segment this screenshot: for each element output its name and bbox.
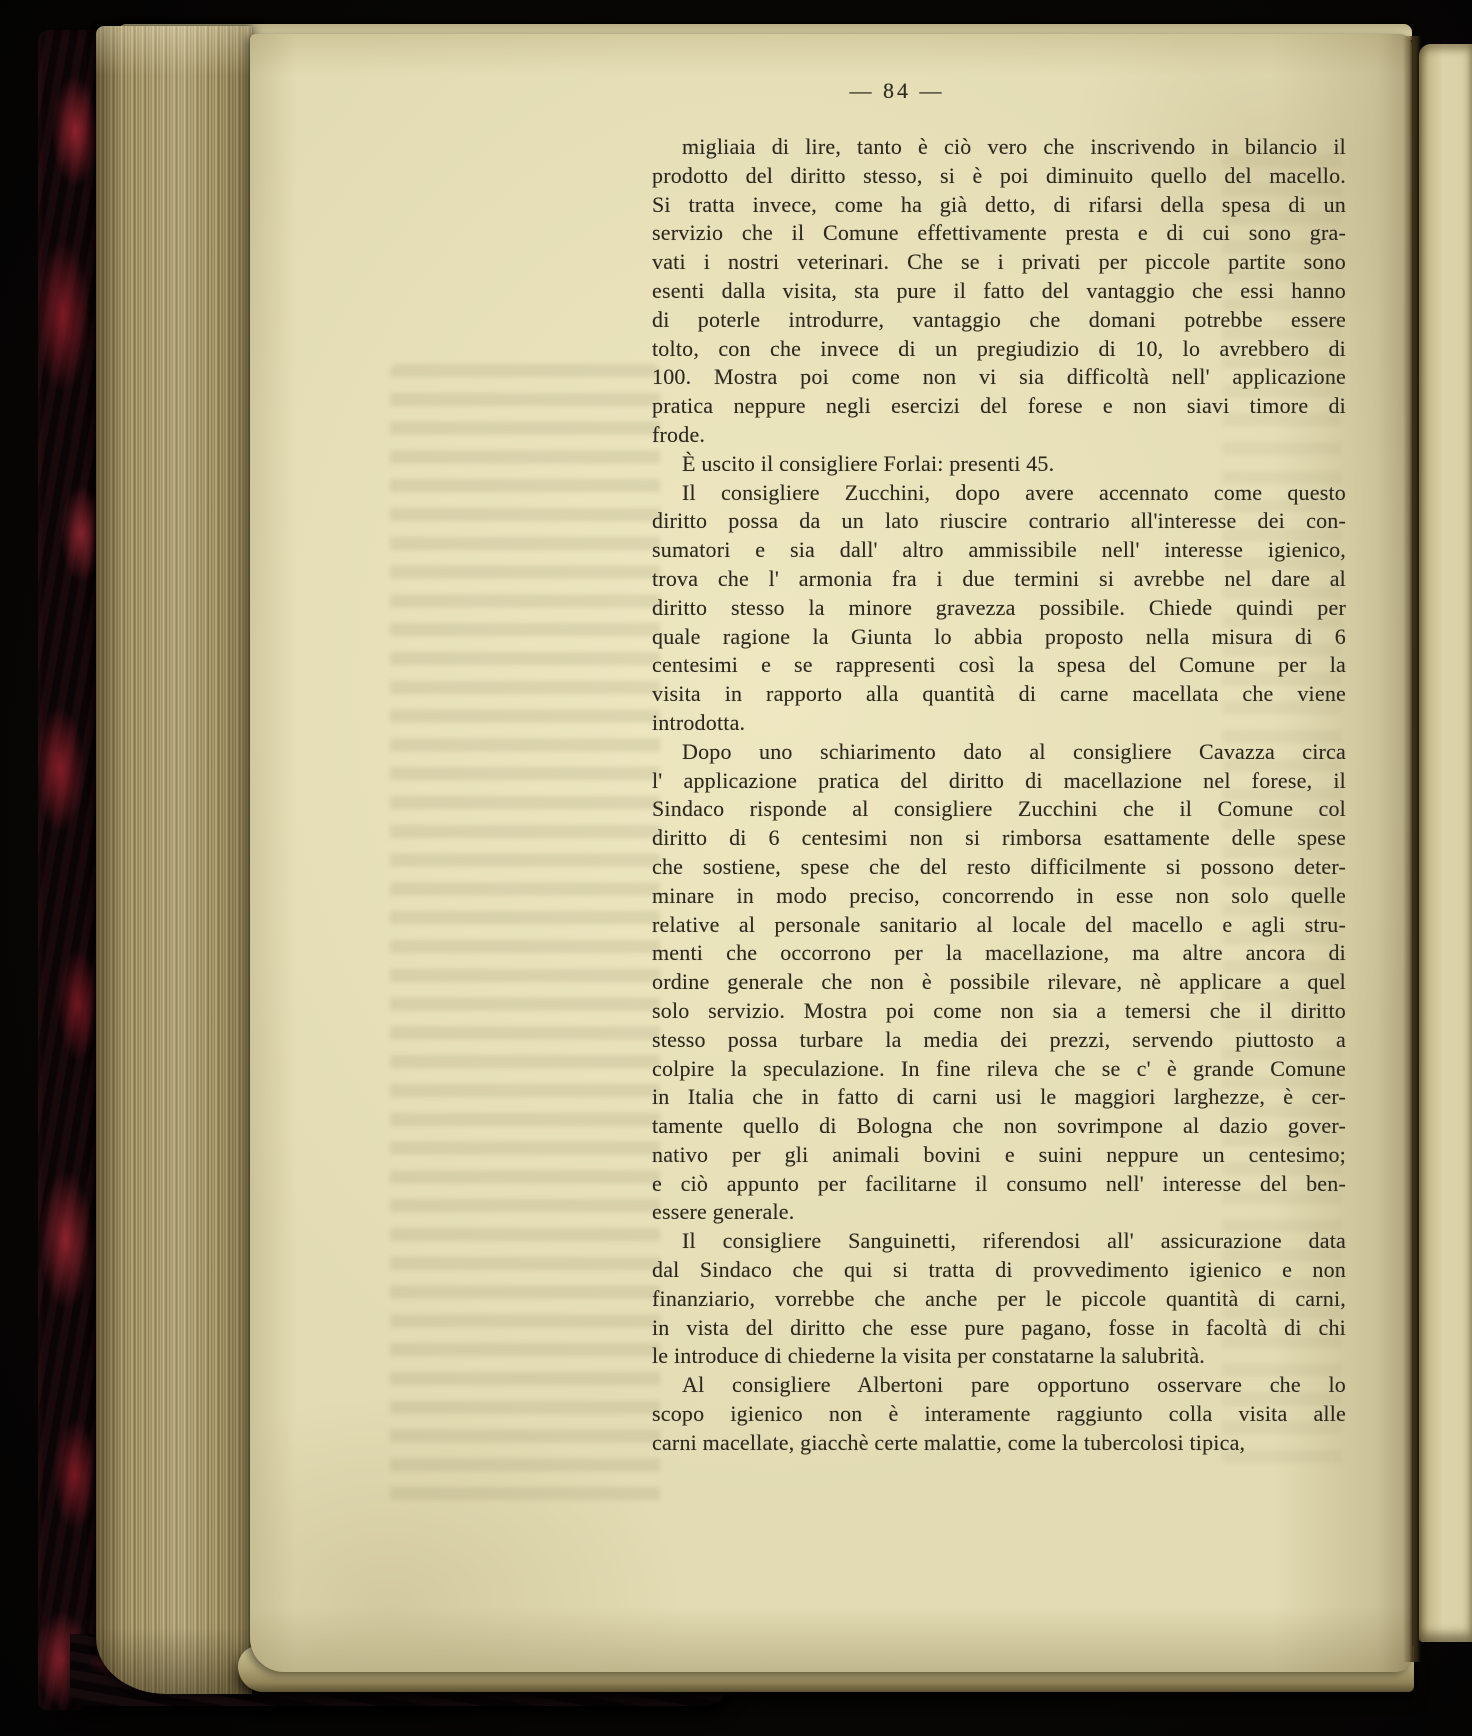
text-line: solo servizio. Mostra poi come non sia a… xyxy=(652,997,1346,1026)
paragraph: Il consigliere Zucchini, dopo avere acce… xyxy=(652,479,1346,738)
text-line: di poterle introdurre, vantaggio che dom… xyxy=(652,306,1346,335)
paragraph: Al consigliere Albertoni pare opportuno … xyxy=(652,1371,1346,1457)
fanned-page-edges xyxy=(96,26,252,1694)
text-line: migliaia di lire, tanto è ciò vero che i… xyxy=(652,133,1346,162)
text-line: Il consigliere Sanguinetti, riferendosi … xyxy=(652,1227,1346,1256)
text-line: esenti dalla visita, sta pure il fatto d… xyxy=(652,277,1346,306)
text-line: tamente quello di Bologna che non sovrim… xyxy=(652,1112,1346,1141)
text-line: finanziario, vorrebbe che anche per le p… xyxy=(652,1285,1346,1314)
text-block: migliaia di lire, tanto è ciò vero che i… xyxy=(652,133,1346,1458)
text-line: essere generale. xyxy=(652,1198,1346,1227)
text-line: È uscito il consigliere Forlai: presenti… xyxy=(652,450,1346,479)
text-line: introdotta. xyxy=(652,709,1346,738)
paragraph: Dopo uno schiarimento dato al consiglier… xyxy=(652,738,1346,1228)
photo-of-open-book: — 84 — migliaia di lire, tanto è ciò ver… xyxy=(0,0,1472,1736)
paragraph: migliaia di lire, tanto è ciò vero che i… xyxy=(652,133,1346,450)
text-line: sumatori e sia dall' altro ammissibile n… xyxy=(652,536,1346,565)
text-line: frode. xyxy=(652,421,1346,450)
text-line: diritto possa da un lato riuscire contra… xyxy=(652,507,1346,536)
text-line: Il consigliere Zucchini, dopo avere acce… xyxy=(652,479,1346,508)
text-line: stesso possa turbare la media dei prezzi… xyxy=(652,1026,1346,1055)
text-line: 100. Mostra poi come non vi sia difficol… xyxy=(652,363,1346,392)
text-line: centesimi e se rappresenti così la spesa… xyxy=(652,651,1346,680)
text-line: carni macellate, giacchè certe malattie,… xyxy=(652,1429,1346,1458)
text-line: le introduce di chiederne la visita per … xyxy=(652,1342,1346,1371)
text-line: Dopo uno schiarimento dato al consiglier… xyxy=(652,738,1346,767)
text-line: scopo igienico non è interamente raggiun… xyxy=(652,1400,1346,1429)
book-page: — 84 — migliaia di lire, tanto è ciò ver… xyxy=(250,34,1412,1672)
paragraph: È uscito il consigliere Forlai: presenti… xyxy=(652,450,1346,479)
text-line: in vista del diritto che esse pure pagan… xyxy=(652,1314,1346,1343)
text-line: tolto, con che invece di un pregiudizio … xyxy=(652,335,1346,364)
text-line: l' applicazione pratica del diritto di m… xyxy=(652,767,1346,796)
book-cover-marbled-spine xyxy=(38,30,100,1710)
text-line: quale ragione la Giunta lo abbia propost… xyxy=(652,623,1346,652)
text-line: dal Sindaco che qui si tratta di provved… xyxy=(652,1256,1346,1285)
text-line: servizio che il Comune effettivamente pr… xyxy=(652,219,1346,248)
text-line: prodotto del diritto stesso, si è poi di… xyxy=(652,162,1346,191)
page-number: — 84 — xyxy=(850,78,945,104)
text-line: che sostiene, spese che del resto diffic… xyxy=(652,853,1346,882)
text-line: trova che l' armonia fra i due termini s… xyxy=(652,565,1346,594)
text-line: Sindaco risponde al consigliere Zucchini… xyxy=(652,795,1346,824)
text-line: e ciò appunto per facilitarne il consumo… xyxy=(652,1170,1346,1199)
next-page-sliver xyxy=(1419,44,1472,1642)
text-line: menti che occorrono per la macellazione,… xyxy=(652,939,1346,968)
text-line: in Italia che in fatto di carni usi le m… xyxy=(652,1083,1346,1112)
text-line: relative al personale sanitario al local… xyxy=(652,911,1346,940)
text-line: colpire la speculazione. In fine rileva … xyxy=(652,1055,1346,1084)
text-line: Al consigliere Albertoni pare opportuno … xyxy=(652,1371,1346,1400)
text-line: ordine generale che non è possibile rile… xyxy=(652,968,1346,997)
text-line: diritto stesso la minore gravezza possib… xyxy=(652,594,1346,623)
text-line: pratica neppure negli esercizi del fores… xyxy=(652,392,1346,421)
text-line: visita in rapporto alla quantità di carn… xyxy=(652,680,1346,709)
text-line: diritto di 6 centesimi non si rimborsa e… xyxy=(652,824,1346,853)
text-line: nativo per gli animali bovini e suini ne… xyxy=(652,1141,1346,1170)
text-line: minare in modo preciso, concorrendo in e… xyxy=(652,882,1346,911)
text-line: Si tratta invece, come ha già detto, di … xyxy=(652,191,1346,220)
text-line: vati i nostri veterinari. Che se i priva… xyxy=(652,248,1346,277)
paragraph: Il consigliere Sanguinetti, riferendosi … xyxy=(652,1227,1346,1371)
verso-show-through xyxy=(390,364,660,1504)
